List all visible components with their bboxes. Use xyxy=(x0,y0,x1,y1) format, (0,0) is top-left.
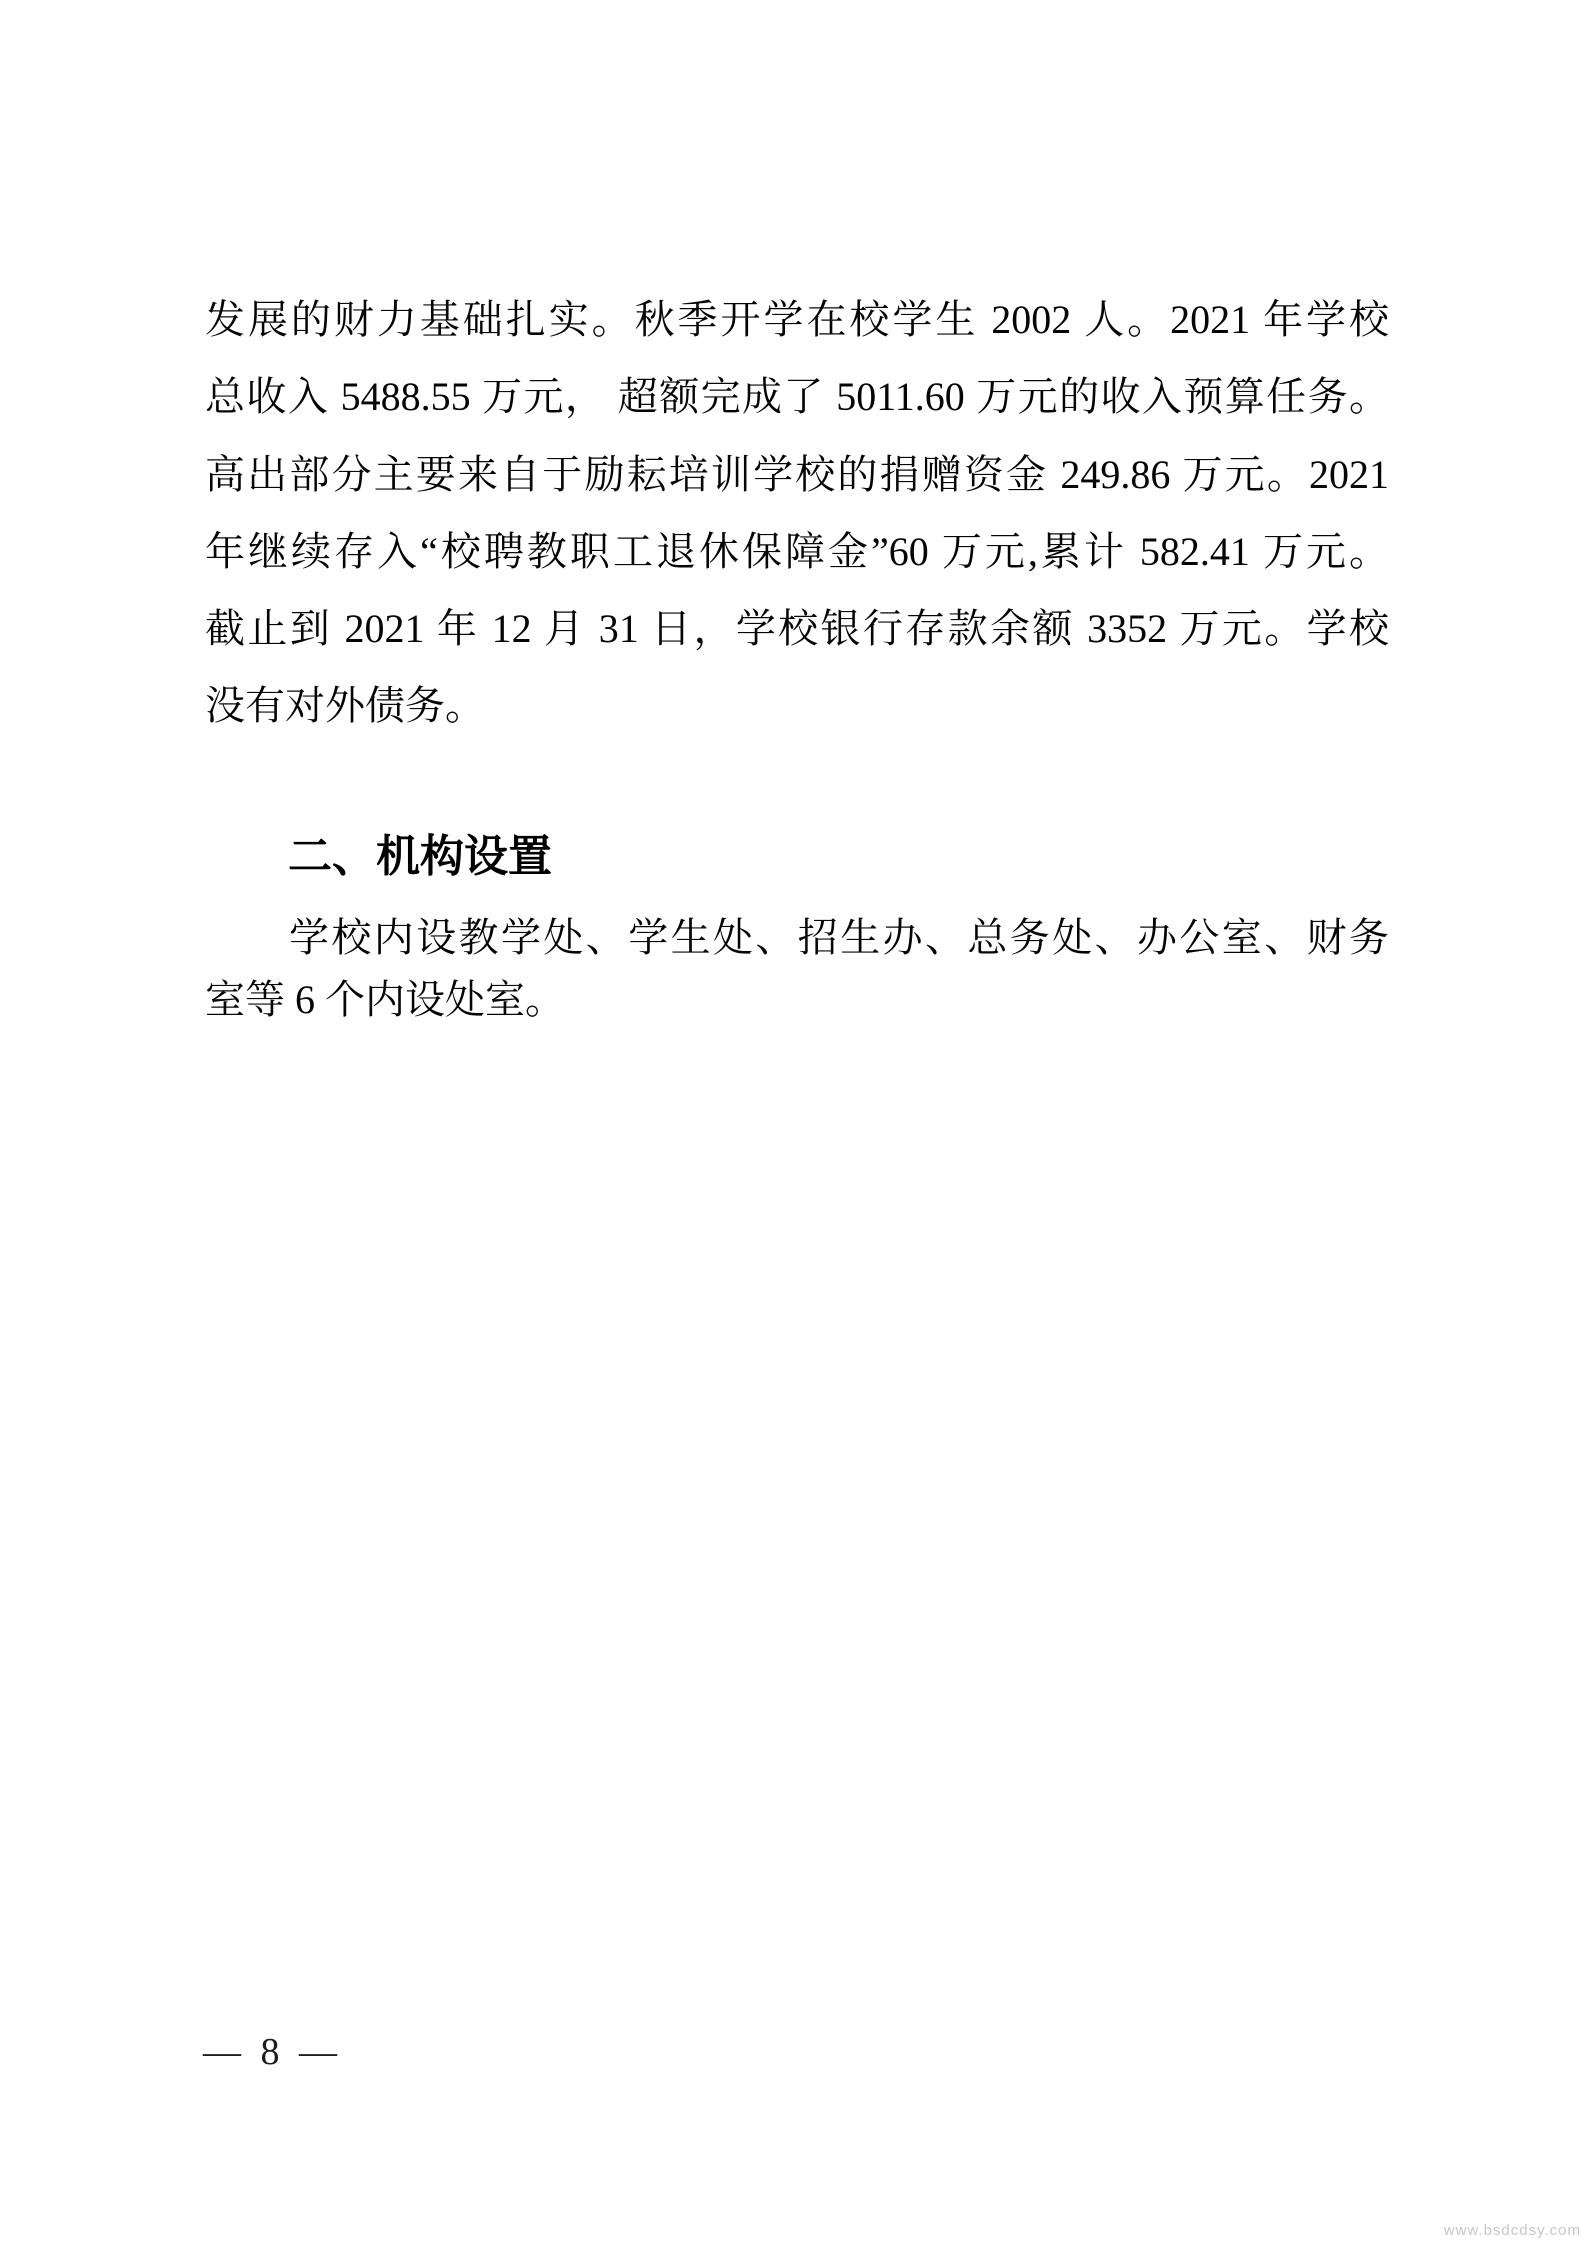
paragraph-organization: 学校内设教学处、学生处、招生办、总务处、办公室、财务 室等 6 个内设处室。 xyxy=(205,907,1389,1031)
body-line: 没有对外债务。 xyxy=(205,667,1389,744)
paragraph-finance: 发展的财力基础扎实。秋季开学在校学生 2002 人。2021 年学校 总收入 5… xyxy=(205,281,1389,745)
body-line: 发展的财力基础扎实。秋季开学在校学生 2002 人。2021 年学校 xyxy=(205,281,1389,358)
body-line: 截止到 2021 年 12 月 31 日，学校银行存款余额 3352 万元。学校 xyxy=(205,590,1389,667)
document-page: 发展的财力基础扎实。秋季开学在校学生 2002 人。2021 年学校 总收入 5… xyxy=(0,0,1587,2245)
watermark: www.bsdcdsy.com xyxy=(1444,2222,1581,2240)
body-line: 学校内设教学处、学生处、招生办、总务处、办公室、财务 xyxy=(205,907,1389,969)
body-line: 总收入 5488.55 万元， 超额完成了 5011.60 万元的收入预算任务。 xyxy=(205,358,1389,435)
body-line: 高出部分主要来自于励耘培训学校的捐赠资金 249.86 万元。2021 xyxy=(205,436,1389,513)
section-heading-organization: 二、机构设置 xyxy=(288,830,552,884)
page-number: — 8 — xyxy=(203,2030,342,2074)
body-line: 室等 6 个内设处室。 xyxy=(205,969,1389,1031)
body-line: 年继续存入“校聘教职工退休保障金”60 万元,累计 582.41 万元。 xyxy=(205,513,1389,590)
